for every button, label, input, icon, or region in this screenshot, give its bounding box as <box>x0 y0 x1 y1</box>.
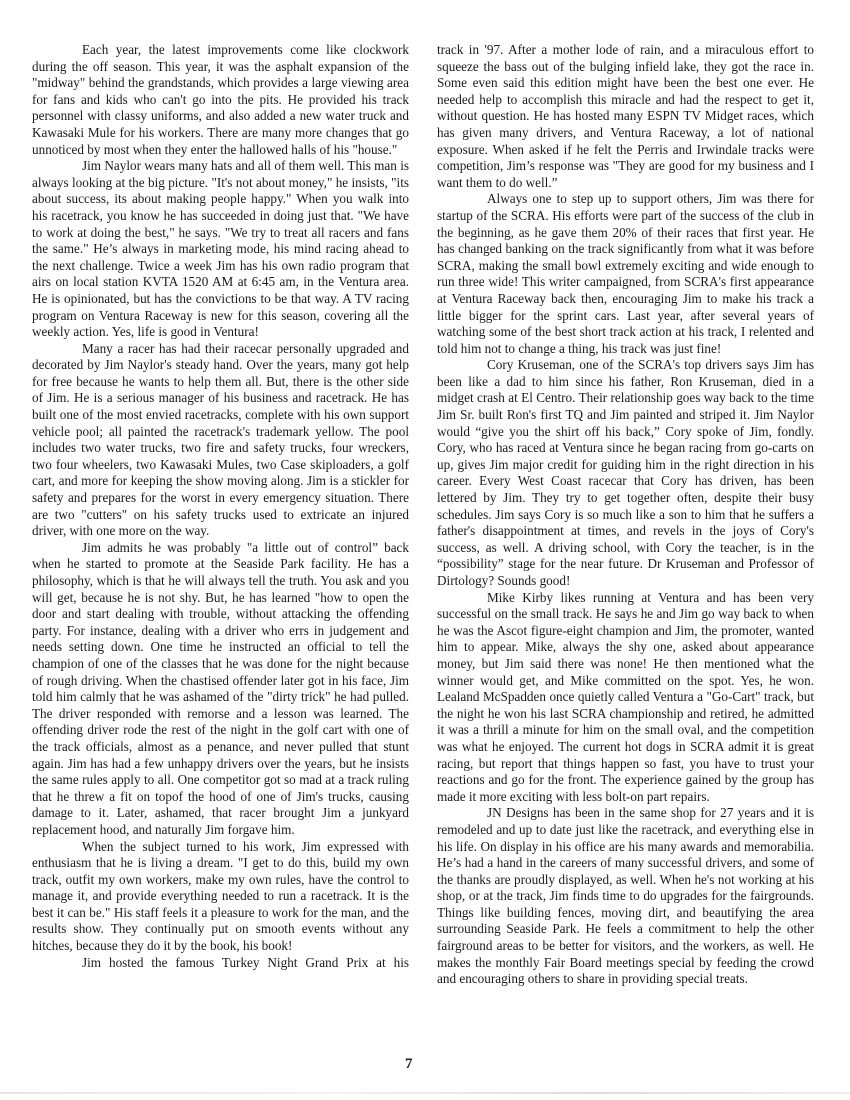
paragraph-out-of-control: Jim admits he was probably "a little out… <box>32 540 409 839</box>
paragraph-scra-startup: Always one to step up to support others,… <box>437 191 814 357</box>
paragraph-turkey-night-continued: track in '97. After a mother lode of rai… <box>437 42 814 191</box>
paragraph-mike-kirby: Mike Kirby likes running at Ventura and … <box>437 590 814 806</box>
paragraph-turkey-night: Jim hosted the famous Turkey Night Grand… <box>32 955 409 972</box>
paragraph-jn-designs: JN Designs has been in the same shop for… <box>437 805 814 988</box>
paragraph-living-a-dream: When the subject turned to his work, Jim… <box>32 839 409 955</box>
paragraph-steady-hand: Many a racer has had their racecar perso… <box>32 341 409 540</box>
left-column: Each year, the latest improvements come … <box>32 42 409 971</box>
page-number: 7 <box>405 1056 413 1073</box>
paragraph-clockwork: Each year, the latest improvements come … <box>32 42 409 158</box>
right-column: track in '97. After a mother lode of rai… <box>437 42 814 988</box>
paragraph-cory-kruseman: Cory Kruseman, one of the SCRA's top dri… <box>437 357 814 589</box>
document-page: Each year, the latest improvements come … <box>0 0 850 1100</box>
paragraph-many-hats: Jim Naylor wears many hats and all of th… <box>32 158 409 341</box>
scan-edge-divider <box>0 1092 850 1094</box>
